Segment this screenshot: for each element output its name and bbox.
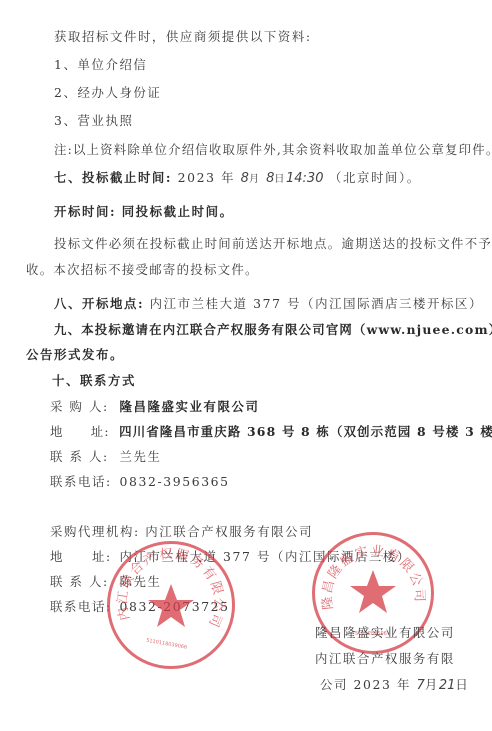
intro-text: 获取招标文件时，供应商须提供以下资料:	[54, 29, 312, 45]
bid-deadline: 七、投标截止时间: 2023 年 8月 8日14:30 （北京时间）。	[54, 170, 421, 188]
star-icon: 内江联合产权服务有限公司 5110118039066	[110, 544, 232, 666]
signature-line1: 隆昌隆盛实业有限公司	[315, 623, 455, 641]
signature-month: 7	[417, 678, 425, 693]
buyer-name-value: 隆昌隆盛实业有限公司	[120, 399, 260, 414]
buyer-phone-row: 联系电话: 0832-3956365	[50, 474, 230, 490]
requirement-item: 2、经办人身份证	[54, 85, 161, 101]
bid-deadline-month: 8	[241, 171, 249, 186]
signature-date-prefix: 公司 2023 年	[320, 677, 411, 692]
publication-heading: 九、	[54, 322, 81, 337]
note-text: 注:以上资料除单位介绍信收取原件外,其余资料收取加盖单位公章复印件。	[54, 142, 492, 158]
publication-text: 本投标邀请在内江联合产权服务有限公司官网（www.njuee.com）上以	[81, 322, 492, 337]
buyer-name-row: 采 购 人: 隆昌隆盛实业有限公司	[50, 399, 259, 415]
contact-heading: 十、联系方式	[52, 373, 136, 389]
open-time-heading: 开标时间:	[54, 204, 116, 219]
buyer-phone-value: 0832-3956365	[120, 474, 230, 489]
day-label: 日	[455, 677, 469, 692]
submission-text-line2: 收。本次招标不接受邮寄的投标文件。	[26, 262, 259, 278]
publication-line1: 九、本投标邀请在内江联合产权服务有限公司官网（www.njuee.com）上以	[54, 322, 492, 338]
open-location: 八、开标地点: 内江市兰桂大道 377 号（内江国际酒店三楼开标区）	[54, 296, 483, 312]
agency-name-label: 采购代理机构:	[50, 524, 140, 539]
signature-line2: 内江联合产权服务有限	[315, 649, 455, 667]
buyer-contact-value: 兰先生	[120, 449, 162, 464]
signature-date: 公司 2023 年 7月21日	[320, 675, 469, 693]
svg-text:5110118039066: 5110118039066	[146, 638, 188, 651]
signature-day: 21	[439, 678, 456, 693]
requirement-item: 3、营业执照	[54, 113, 133, 129]
agency-contact-label: 联 系 人:	[50, 574, 114, 590]
publication-line2: 公告形式发布。	[26, 347, 124, 363]
month-label: 月	[249, 174, 261, 185]
agency-phone-label: 联系电话:	[50, 599, 114, 615]
buyer-address-value: 四川省隆昌市重庆路 368 号 8 栋（双创示范园 8 号楼 3 楼 2 号）	[119, 424, 492, 439]
bid-deadline-time: 14:30	[286, 171, 323, 186]
open-time-value: 同投标截止时间。	[122, 204, 234, 219]
submission-text-line1: 投标文件必须在投标截止时间前送达开标地点。逾期送达的投标文件不予接	[54, 236, 492, 252]
buyer-contact-label: 联 系 人:	[50, 449, 114, 465]
open-time: 开标时间: 同投标截止时间。	[54, 204, 234, 220]
bid-deadline-heading: 七、投标截止时间:	[54, 170, 172, 185]
agency-seal-stamp: 内江联合产权服务有限公司 5110118039066	[107, 541, 235, 669]
bid-deadline-tz: （北京时间）。	[329, 170, 421, 185]
open-location-value: 内江市兰桂大道 377 号（内江国际酒店三楼开标区）	[150, 296, 483, 311]
open-location-heading: 八、开标地点:	[54, 296, 144, 311]
agency-name-value: 内江联合产权服务有限公司	[145, 524, 313, 539]
buyer-phone-label: 联系电话:	[50, 474, 114, 490]
day-label: 日	[274, 174, 286, 185]
buyer-name-label: 采 购 人:	[50, 399, 114, 415]
month-label: 月	[425, 677, 439, 692]
agency-name-row: 采购代理机构: 内江联合产权服务有限公司	[50, 524, 313, 540]
bid-deadline-year: 2023 年	[178, 170, 235, 185]
buyer-contact-row: 联 系 人: 兰先生	[50, 449, 162, 465]
buyer-address-row: 地 址: 四川省隆昌市重庆路 368 号 8 栋（双创示范园 8 号楼 3 楼 …	[50, 424, 492, 440]
requirement-item: 1、单位介绍信	[54, 57, 147, 73]
buyer-address-label: 地 址:	[50, 424, 114, 440]
agency-address-label: 地 址:	[50, 549, 114, 565]
